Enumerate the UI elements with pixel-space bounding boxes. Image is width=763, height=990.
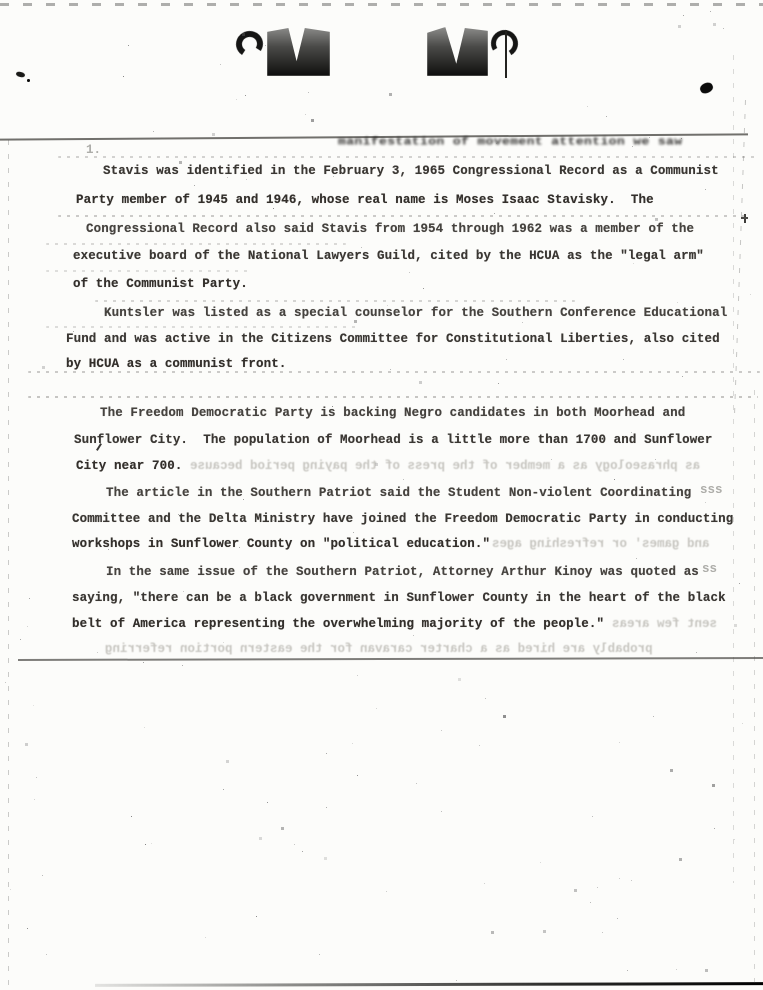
bleed-through-text: and games' or refreshing ages xyxy=(492,537,710,551)
scan-noise xyxy=(0,0,1,1)
document-text-line: Fund and was active in the Citizens Comm… xyxy=(66,332,720,346)
scan-edge-right-lower xyxy=(754,390,755,988)
scan-rule-section-divider xyxy=(28,396,758,398)
bleed-through-text: sent few areas xyxy=(612,617,717,631)
document-text-line: saying, "there can be a black government… xyxy=(72,591,726,605)
document-text-line: City near 700. xyxy=(76,459,182,473)
document-text-line: Party member of 1945 and 1946, whose rea… xyxy=(76,193,654,207)
document-text-line: The article in the Southern Patriot said… xyxy=(106,486,691,500)
document-text-line: Committee and the Delta Ministry have jo… xyxy=(72,512,733,526)
document-text-line: belt of America representing the overwhe… xyxy=(72,617,604,631)
document-text-line: executive board of the National Lawyers … xyxy=(73,249,704,263)
fastener-shadow-left-icon xyxy=(267,27,330,76)
document-text-line: workshops in Sunflower County on "politi… xyxy=(72,537,490,551)
ghost-strike-line xyxy=(58,215,746,217)
faint-mark: sss xyxy=(700,483,723,497)
scan-rule-bottom-edge xyxy=(95,982,763,987)
ghost-strike-line xyxy=(95,300,575,302)
scan-rule-header-echo xyxy=(58,156,758,158)
ink-speck xyxy=(27,79,30,82)
ghost-strike-line xyxy=(46,270,251,272)
ink-blot-top-right xyxy=(699,81,715,95)
faint-mark: 1. xyxy=(86,143,101,157)
fastener-crescent-left-icon xyxy=(234,28,266,59)
bleed-through-text: as phraseology as a member of the press … xyxy=(190,459,700,473)
ghost-strike-line xyxy=(46,243,346,245)
scan-streak-right xyxy=(733,55,734,883)
ghost-strike-line xyxy=(46,326,356,328)
document-text-line: Stavis was identified in the February 3,… xyxy=(103,164,719,178)
ink-blot-top-left xyxy=(16,71,26,78)
document-text-line: by HCUA as a communist front. xyxy=(66,357,286,371)
scan-edge-dashes-top xyxy=(0,3,763,6)
document-text-line: Kuntsler was listed as a special counsel… xyxy=(104,306,727,320)
bleed-through-text: probably are hired as a charter caravan … xyxy=(105,642,653,656)
fastener-shadow-right-icon xyxy=(427,27,488,76)
document-text-line: In the same issue of the Southern Patrio… xyxy=(106,565,699,579)
document-text-line: Sunflower City. The population of Moorhe… xyxy=(74,433,713,447)
margin-tick-mark xyxy=(741,217,748,219)
document-text-line: of the Communist Party. xyxy=(73,277,248,291)
faint-mark: ss xyxy=(702,562,717,576)
scanned-document-page: manifestation of movement attention we s… xyxy=(0,0,763,990)
smudged-header-text: manifestation of movement attention we s… xyxy=(338,136,682,149)
document-text-line: Congressional Record also said Stavis fr… xyxy=(86,222,694,236)
fastener-stem-mark xyxy=(505,30,507,78)
scan-edge-left xyxy=(8,140,9,988)
scan-rule-lower xyxy=(18,657,763,661)
document-text-line: The Freedom Democratic Party is backing … xyxy=(100,406,685,420)
